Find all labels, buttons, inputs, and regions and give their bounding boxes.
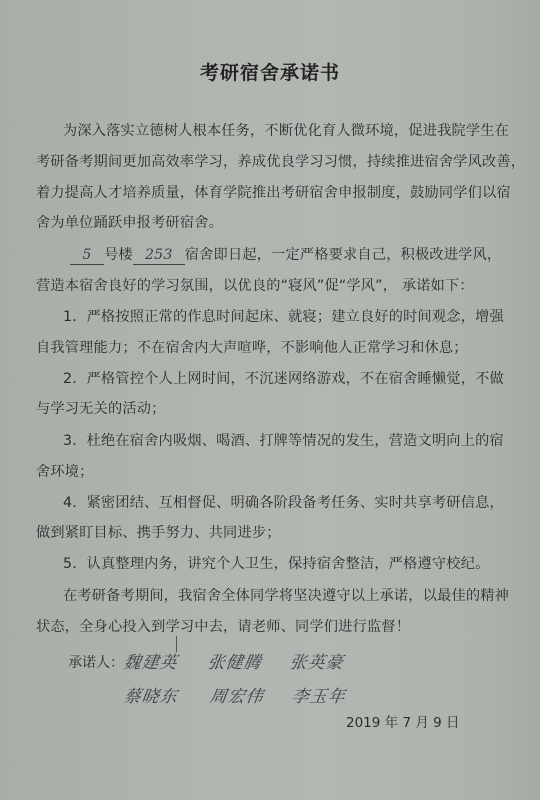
signature: 魏建英 (122, 648, 180, 673)
pledge-item-2-cont: 与学习无关的活动； (36, 398, 166, 418)
pledge-item-1: 1．严格按照正常的作息时间起床、就寝；建立良好的时间观念，增强 (63, 306, 504, 326)
intro-line: 舍为单位踊跃申报考研宿舍。 (36, 212, 223, 232)
room-number-field: 253 (133, 247, 185, 265)
pledge-item-3: 3．杜绝在宿舍内吸烟、喝酒、打牌等情况的发生，营造文明向上的宿 (63, 430, 504, 450)
document-date: 2019 年 7 月 9 日 (346, 711, 460, 731)
signature: 蔡晓东 (122, 682, 180, 707)
signature: 周宏伟 (208, 682, 266, 707)
building-label: 号楼 (104, 247, 133, 263)
pledge-item-5: 5．认真整理内务，讲究个人卫生，保持宿舍整洁，严格遵守校纪。 (63, 553, 489, 573)
pledge-intro-text: 宿舍即日起，一定严格要求自己，积极改进学风， (185, 247, 502, 263)
pledge-item-4: 4．紧密团结、互相督促、明确各阶段备考任务、实时共享考研信息， (63, 492, 504, 512)
pledge-item-3-cont: 舍环境； (36, 461, 94, 481)
closing-line: 在考研备考期间，我宿舍全体同学将坚决遵守以上承诺，以最佳的精神 (63, 585, 509, 605)
signers-label: 承诺人： (68, 652, 124, 672)
closing-line: 状态，全身心投入到学习中去，请老师、同学们进行监督！ (36, 616, 410, 636)
signature: 张健腾 (206, 648, 264, 673)
signature: 张英豪 (288, 648, 346, 673)
pledge-item-2: 2．严格管控个人上网时间，不沉迷网络游戏，不在宿舍睡懒觉，不做 (63, 368, 504, 388)
document-title: 考研宿舍承诺书 (0, 58, 540, 85)
building-number-field: 5 (70, 247, 104, 265)
pledge-intro-line: 5号楼253宿舍即日起，一定严格要求自己，积极改进学风， (70, 244, 501, 265)
document-page: 考研宿舍承诺书 为深入落实立德树人根本任务，不断优化育人微环境，促进我院学生在 … (0, 0, 540, 800)
intro-line: 考研备考期间更加高效率学习，养成优良学习习惯，持续推进宿舍学风改善， (36, 151, 525, 171)
intro-line: 着力提高人才培养质量，体育学院推出考研宿舍申报制度，鼓励同学们以宿 (36, 182, 511, 202)
pledge-intro-line: 营造本宿舍良好的学习氛围，以优良的“寝风”促“学风”， 承诺如下： (36, 275, 474, 295)
intro-line: 为深入落实立德树人根本任务，不断优化育人微环境，促进我院学生在 (63, 120, 509, 140)
pledge-item-4-cont: 做到紧盯目标、携手努力、共同进步； (36, 522, 281, 542)
pledge-item-1-cont: 自我管理能力；不在宿舍内大声喧哗，不影响他人正常学习和休息； (36, 337, 468, 357)
signature: 李玉年 (290, 682, 348, 707)
